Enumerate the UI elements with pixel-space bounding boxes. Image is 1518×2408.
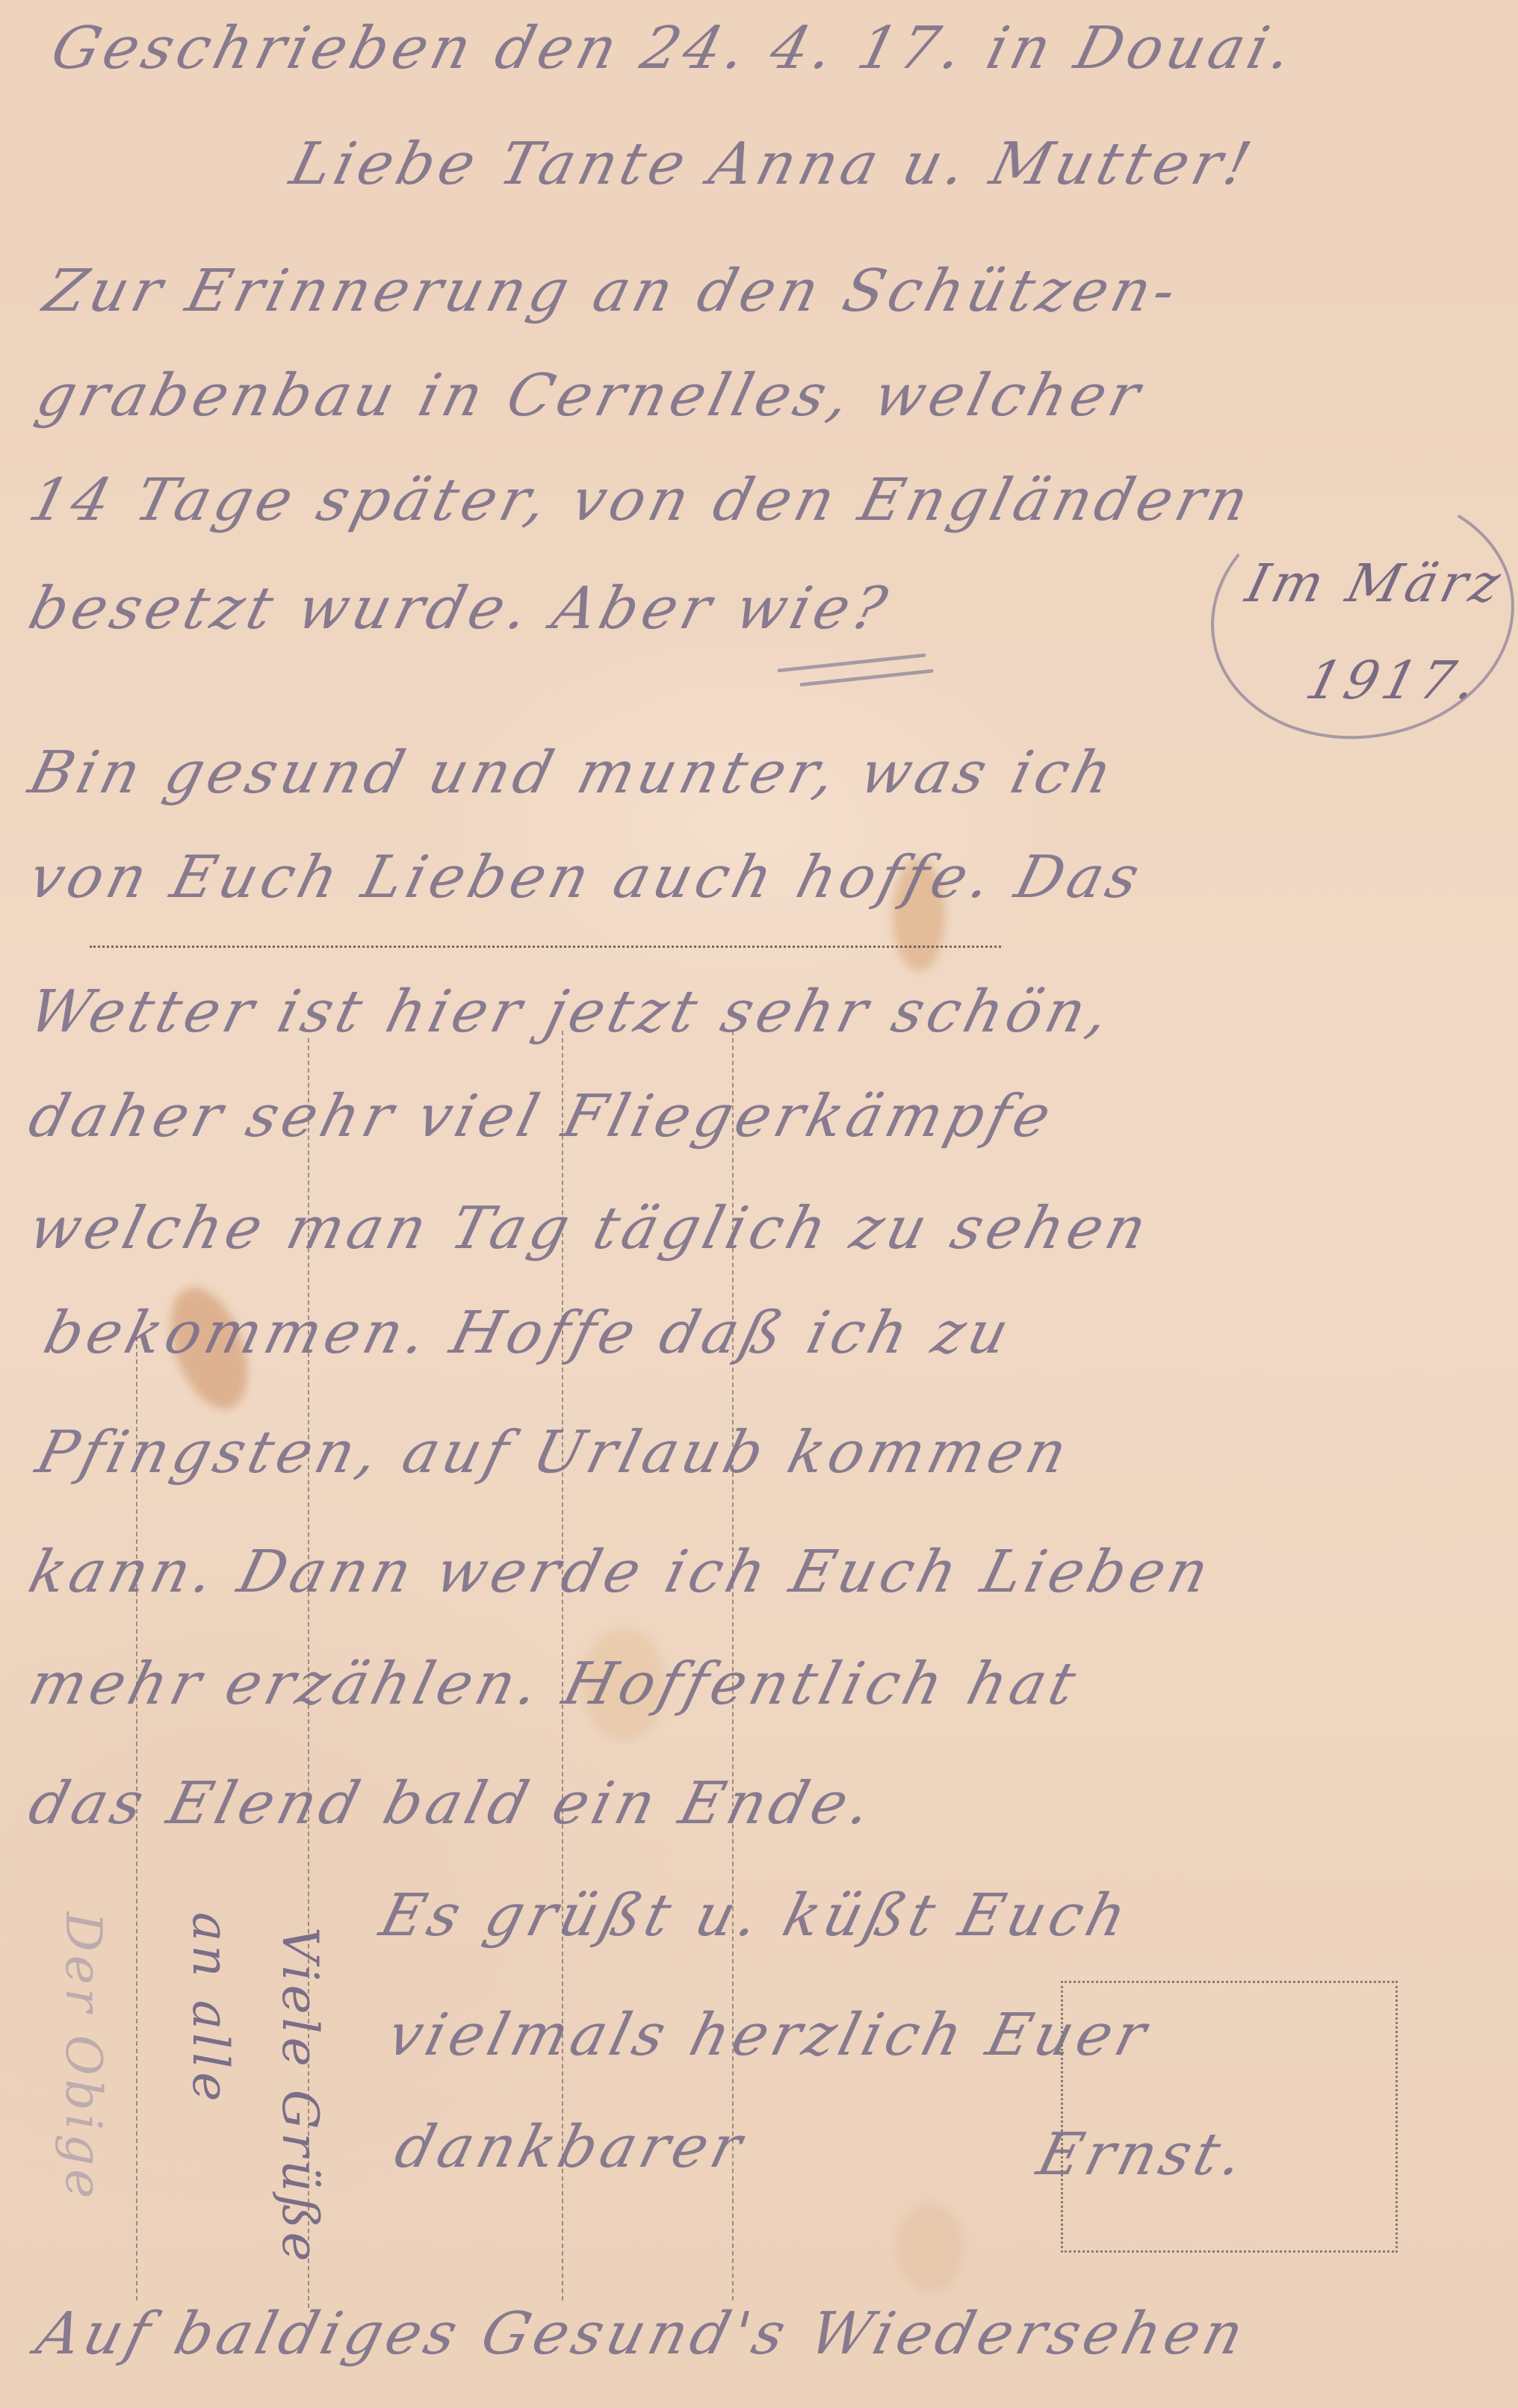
body-line-4: besetzt wurde. Aber wie? bbox=[22, 575, 897, 642]
body-line-7: Wetter ist hier jetzt sehr schön, bbox=[22, 978, 1120, 1046]
signature: Ernst. bbox=[1031, 2121, 1254, 2188]
printed-divider-rule bbox=[90, 946, 1001, 948]
body-line-3: 14 Tage später, von den Engländern bbox=[22, 467, 1260, 534]
closing-line-1: Es grüßt u. küßt Euch bbox=[374, 1882, 1138, 1949]
sideways-note-an-alle: an alle bbox=[182, 1912, 239, 2105]
body-line-14: das Elend bald ein Ende. bbox=[22, 1770, 882, 1837]
body-line-1: Zur Erinnerung an den Schützen- bbox=[37, 258, 1187, 325]
body-line-6: von Euch Lieben auch hoffe. Das bbox=[22, 844, 1150, 911]
stain-bottom bbox=[896, 2203, 964, 2293]
date-line: Geschrieben den 24. 4. 17. in Douai. bbox=[45, 15, 1303, 82]
body-line-2: grabenbau in Cernelles, welcher bbox=[30, 362, 1150, 429]
sideways-note-viele-gruesse: Viele Grüße bbox=[271, 1927, 329, 2265]
underline-aber-wie bbox=[777, 654, 926, 673]
body-line-11: Pfingsten, auf Urlaub kommen bbox=[30, 1419, 1078, 1486]
body-line-13: mehr erzählen. Hoffentlich hat bbox=[22, 1651, 1086, 1718]
sideways-note-faint: Der Obige bbox=[55, 1912, 112, 2202]
body-line-10: bekommen. Hoffe daß ich zu bbox=[37, 1300, 1020, 1367]
body-line-8: daher sehr viel Fliegerkämpfe bbox=[22, 1083, 1062, 1150]
closing-line-2: vielmals herzlich Euer bbox=[381, 2002, 1157, 2069]
underline-aber-wie-2 bbox=[799, 669, 934, 687]
postcard-back: Geschrieben den 24. 4. 17. in Douai. Lie… bbox=[0, 0, 1518, 2408]
closing-line-3: dankbarer bbox=[388, 2114, 753, 2181]
body-line-12: kann. Dann werde ich Euch Lieben bbox=[22, 1539, 1219, 1606]
body-line-9: welche man Tag täglich zu sehen bbox=[22, 1195, 1157, 1262]
footer-line: Auf baldiges Gesund's Wiedersehen bbox=[30, 2300, 1254, 2368]
body-line-5: Bin gesund und munter, was ich bbox=[22, 739, 1123, 807]
salutation: Liebe Tante Anna u. Mutter! bbox=[284, 131, 1262, 198]
